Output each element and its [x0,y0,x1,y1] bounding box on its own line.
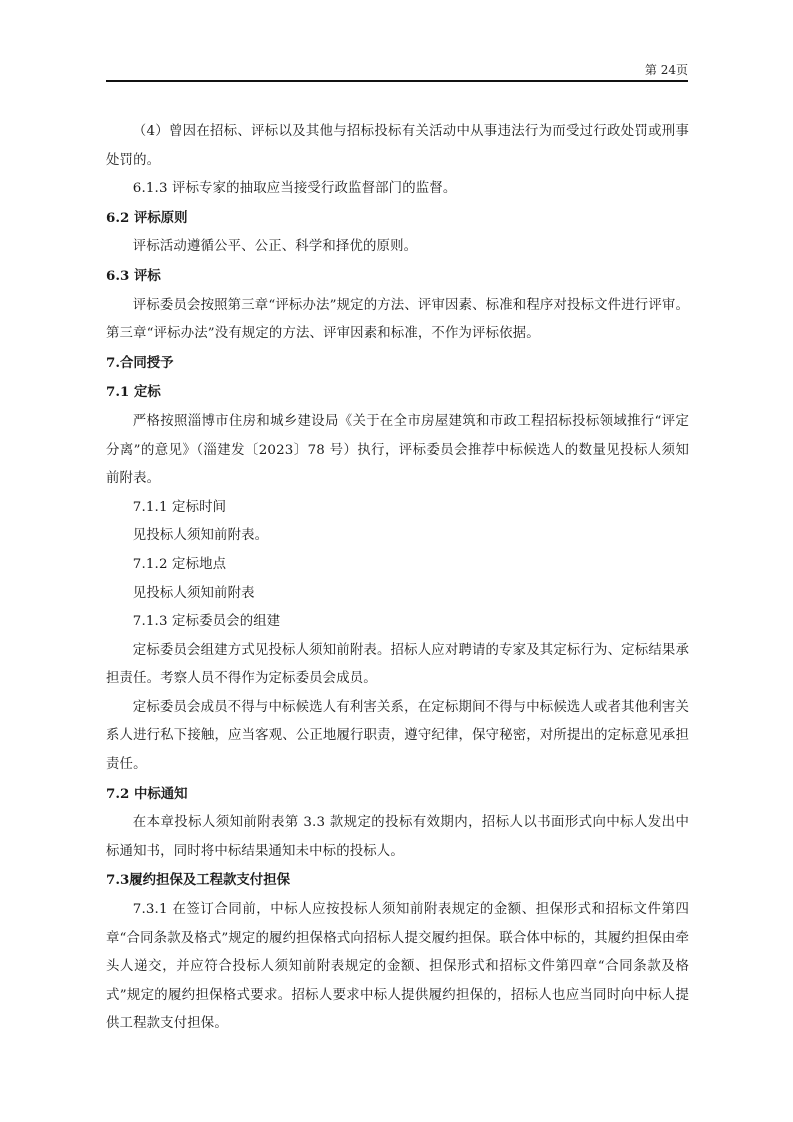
paragraph-award-time: 见投标人须知前附表。 [106,522,689,551]
paragraph-7-3-1: 7.3.1 在签订合同前，中标人应按投标人须知前附表规定的金额、担保形式和招标文… [106,896,689,1039]
heading-6-2: 6.2 评标原则 [106,204,689,234]
paragraph-7-1-2: 7.1.2 定标地点 [106,551,689,580]
document-body: （4）曾因在招标、评标以及其他与招标投标有关活动中从事违法行为而受过行政处罚或刑… [106,118,689,1039]
page-number: 第 24页 [645,63,688,77]
paragraph-committee-formation: 定标委员会组建方式见投标人须知前附表。招标人应对聘请的专家及其定标行为、定标结果… [106,637,689,694]
heading-7-2: 7.2 中标通知 [106,780,689,810]
heading-6-3: 6.3 评标 [106,262,689,292]
page-header: 第 24页 [106,60,688,82]
heading-7: 7.合同授予 [106,349,689,379]
header-rule [106,80,688,82]
paragraph-evaluation: 评标委员会按照第三章“评标办法”规定的方法、评审因素、标准和程序对投标文件进行评… [106,292,689,349]
heading-7-1: 7.1 定标 [106,378,689,408]
paragraph-evaluation-principle: 评标活动遵循公平、公正、科学和择优的原则。 [106,233,689,262]
paragraph-award-basis: 严格按照淄博市住房和城乡建设局《关于在全市房屋建筑和市政工程招标投标领域推行“评… [106,408,689,494]
paragraph-7-1-1: 7.1.1 定标时间 [106,494,689,523]
paragraph-award-notice: 在本章投标人须知前附表第 3.3 款规定的投标有效期内，招标人以书面形式向中标人… [106,809,689,866]
paragraph-7-1-3: 7.1.3 定标委员会的组建 [106,608,689,637]
paragraph-award-location: 见投标人须知前附表 [106,580,689,609]
paragraph-committee-conduct: 定标委员会成员不得与中标候选人有利害关系，在定标期间不得与中标候选人或者其他利害… [106,694,689,780]
heading-7-3: 7.3履约担保及工程款支付担保 [106,866,689,896]
paragraph-6-1-3: 6.1.3 评标专家的抽取应当接受行政监督部门的监督。 [106,175,689,204]
paragraph-disqualification-4: （4）曾因在招标、评标以及其他与招标投标有关活动中从事违法行为而受过行政处罚或刑… [106,118,689,175]
